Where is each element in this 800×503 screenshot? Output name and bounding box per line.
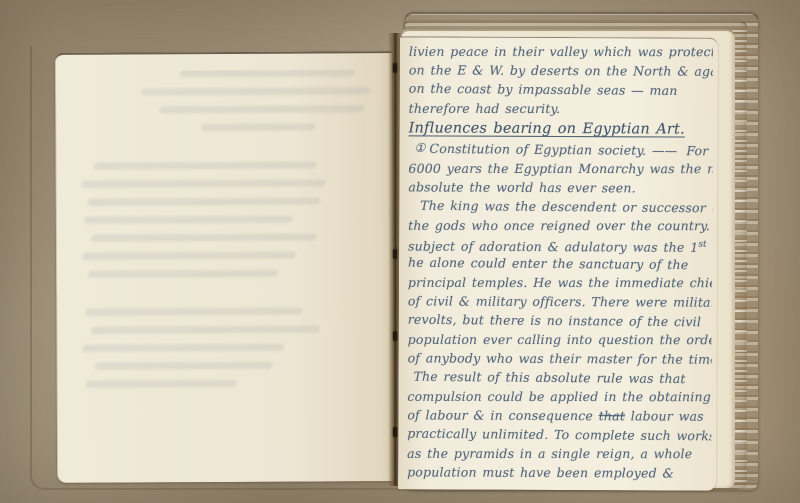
ghost-text-line	[93, 162, 317, 170]
struck-through-word: that	[599, 408, 625, 423]
circled-number-marker: ①	[414, 139, 425, 158]
handwritten-line: on the coast by impassable seas — man	[409, 79, 713, 101]
handwritten-line: 6000 years the Egyptian Monarchy was the…	[408, 159, 712, 178]
ghost-text-line	[94, 362, 273, 370]
ghost-text-line	[180, 69, 356, 77]
handwritten-line: population ever calling into question th…	[408, 330, 712, 349]
handwritten-line: revolts, but there is no instance of the…	[408, 310, 712, 332]
handwritten-line: of civil & military officers. There were…	[408, 291, 712, 311]
notebook-photo: livien peace in their valley which was p…	[0, 0, 800, 503]
right-page: livien peace in their valley which was p…	[398, 36, 718, 490]
handwritten-line: practically unlimited. To complete such …	[407, 424, 711, 446]
ghost-text-line	[85, 308, 303, 316]
ghost-text-line	[81, 179, 326, 187]
binding-stitch	[393, 249, 397, 259]
handwritten-line: of anybody who was their master for the …	[408, 348, 712, 368]
handwritten-line: absolute the world has ever seen.	[408, 177, 712, 197]
section-heading: Influences bearing on Egyptian Art.	[409, 117, 713, 140]
handwritten-line: subject of adoration & adulatory was the…	[408, 234, 712, 254]
handwritten-line-text: of labour & in consequence	[407, 407, 598, 423]
handwritten-line-text: Priest,	[707, 240, 713, 255]
ghost-text-line	[91, 325, 321, 333]
ghost-text-line	[88, 270, 279, 278]
handwritten-line: livien peace in their valley which was p…	[409, 42, 713, 61]
handwritten-line: of labour & in consequence that labour w…	[407, 405, 711, 425]
handwritten-line: he alone could enter the sanctuary of th…	[408, 253, 712, 275]
handwritten-line: principal temples. He was the immediate …	[408, 273, 712, 292]
ghost-showthrough-text	[75, 69, 378, 461]
handwritten-line: compulsion could be applied in the obtai…	[407, 387, 711, 406]
binding-stitch	[393, 331, 397, 341]
handwritten-line-tail: For	[686, 141, 712, 160]
ghost-text-line	[87, 197, 320, 205]
handwritten-line-text: Constitution of Egyptian society. ——	[429, 139, 677, 160]
handwritten-line: population must have been employed &	[407, 462, 711, 482]
left-page	[55, 51, 394, 483]
handwritten-line: on the E & W. by deserts on the North & …	[409, 60, 713, 80]
handwritten-line: therefore had security.	[409, 99, 713, 118]
ghost-text-line	[81, 252, 296, 260]
ghost-text-line	[201, 124, 316, 132]
ghost-text-line	[82, 344, 285, 352]
superscript-text: st	[698, 240, 706, 250]
handwritten-line: as the pyramids in a single reign, a who…	[407, 444, 711, 463]
ghost-text-line	[84, 216, 293, 224]
handwritten-line: ① Constitution of Egyptian society. —— F…	[408, 139, 712, 161]
binding-stitch	[393, 63, 397, 73]
binding-stitch	[393, 427, 397, 437]
handwritten-line-text: labour was	[625, 408, 704, 423]
ghost-text-line	[90, 234, 317, 242]
ghost-text-line	[141, 87, 371, 95]
handwritten-line: the gods who once reigned over the count…	[408, 216, 712, 235]
handwritten-line: The king was the descendent or successor…	[408, 196, 712, 218]
ghost-text-line	[159, 105, 365, 113]
ghost-text-line	[85, 380, 236, 388]
handwritten-text: livien peace in their valley which was p…	[407, 41, 713, 486]
handwritten-line: The result of this absolute rule was tha…	[407, 367, 711, 389]
